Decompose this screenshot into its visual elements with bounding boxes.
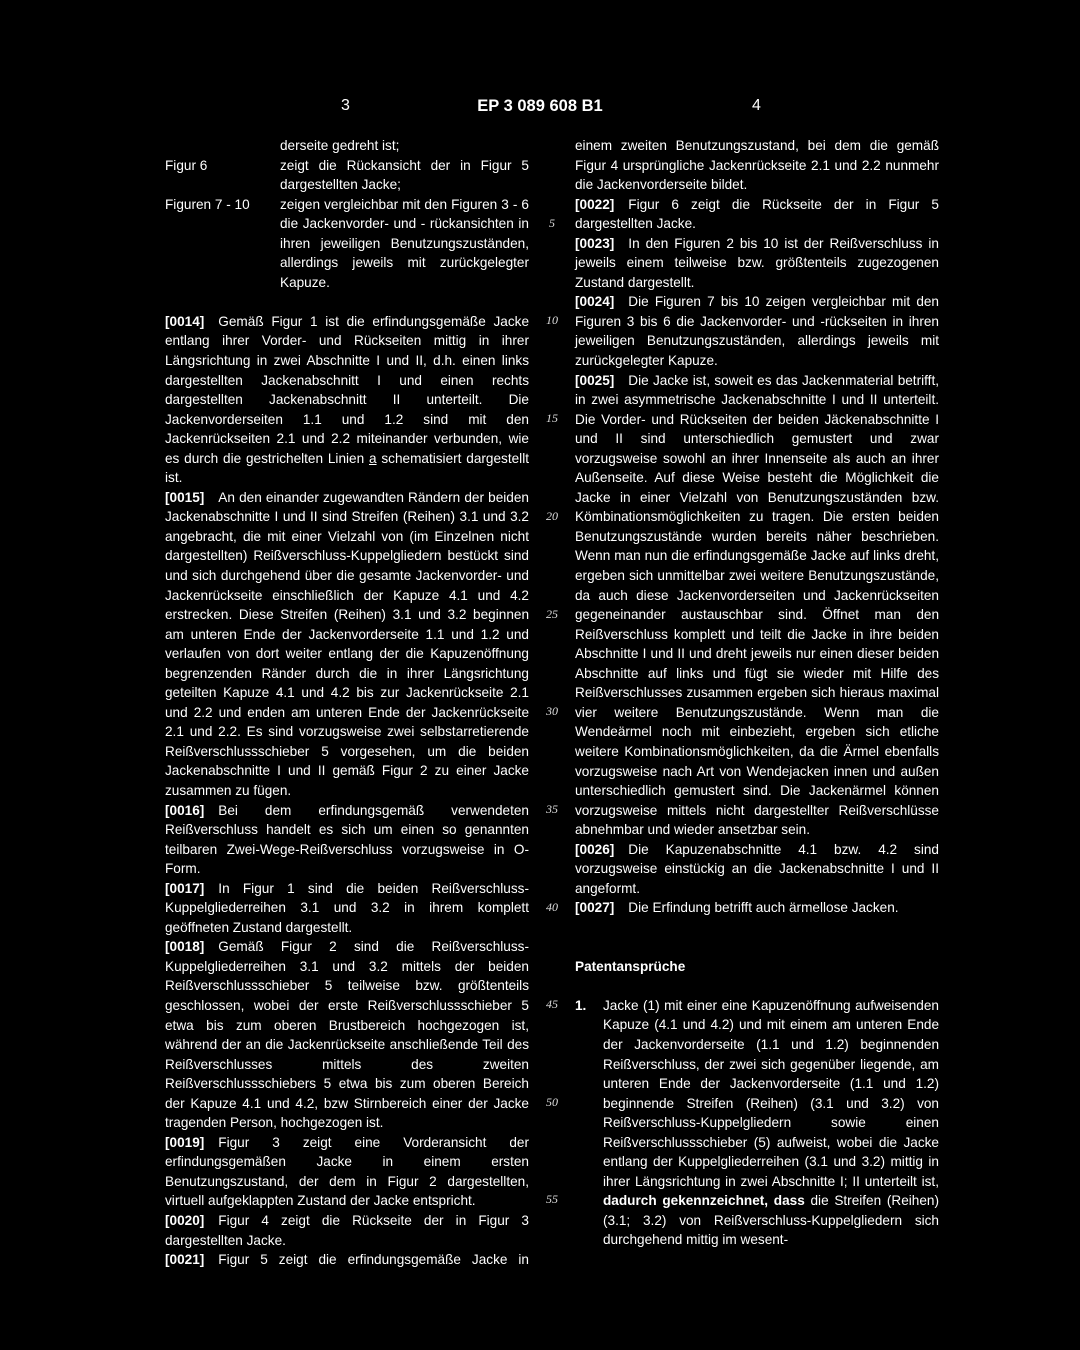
figure-list-item: Figur 6 zeigt die Rückansicht der in Fig… <box>165 156 529 195</box>
paragraph-0015: [0015]An den einander zugewandten Ränder… <box>165 488 529 801</box>
reference-a: a <box>369 451 377 466</box>
document-number: EP 3 089 608 B1 <box>0 96 1080 116</box>
line-number: 20 <box>540 509 564 524</box>
paragraph-0020: [0020]Figur 4 zeigt die Rückseite der in… <box>165 1211 529 1250</box>
figure-description: zeigt die Rückansicht der in Figur 5 dar… <box>280 156 529 195</box>
paragraph-number: [0018] <box>165 939 204 954</box>
paragraph-number: [0022] <box>575 197 614 212</box>
paragraph-0023: [0023]In den Figuren 2 bis 10 ist der Re… <box>575 234 939 293</box>
claim-text-part: Jacke (1) mit einer eine Kapuzenöffnung … <box>603 998 939 1189</box>
paragraph-text: In Figur 1 sind die beiden Reißverschlus… <box>165 881 529 935</box>
paragraph-text: Figur 5 zeigt die erfindungsgemäße Jacke… <box>218 1252 529 1267</box>
paragraph-number: [0016] <box>165 803 204 818</box>
paragraph-0025: [0025]Die Jacke ist, soweit es das Jacke… <box>575 371 939 840</box>
figure-description: zeigen vergleichbar mit den Figuren 3 - … <box>280 195 529 293</box>
figure-label: Figuren 7 - 10 <box>165 195 280 293</box>
left-column: derseite gedreht ist; Figur 6 zeigt die … <box>165 136 529 1270</box>
paragraph-0021: [0021]Figur 5 zeigt die erfindungsgemäße… <box>165 1250 529 1270</box>
line-number: 50 <box>540 1095 564 1110</box>
line-number: 30 <box>540 704 564 719</box>
paragraph-number: [0017] <box>165 881 204 896</box>
paragraph-text: Figur 3 zeigt eine Vorderansicht der erf… <box>165 1135 529 1209</box>
line-number: 55 <box>540 1192 564 1207</box>
figure-list-item: Figuren 7 - 10 zeigen vergleichbar mit d… <box>165 195 529 293</box>
claims-heading: Patentansprüche <box>575 957 939 977</box>
paragraph-0018: [0018]Gemäß Figur 2 sind die Reißverschl… <box>165 937 529 1132</box>
line-number: 45 <box>540 997 564 1012</box>
paragraph-text: In den Figuren 2 bis 10 ist der Reißvers… <box>575 236 939 290</box>
paragraph-text: Die Figuren 7 bis 10 zeigen vergleichbar… <box>575 294 939 368</box>
paragraph-text: Die Erfindung betrifft auch ärmellose Ja… <box>628 900 898 915</box>
right-column: einem zweiten Benutzungszustand, bei dem… <box>575 136 939 1250</box>
paragraph-continuation: einem zweiten Benutzungszustand, bei dem… <box>575 136 939 195</box>
paragraph-number: [0023] <box>575 236 614 251</box>
paragraph-0026: [0026]Die Kapuzenabschnitte 4.1 bzw. 4.2… <box>575 840 939 899</box>
paragraph-text: Die Kapuzenabschnitte 4.1 bzw. 4.2 sind … <box>575 842 939 896</box>
claim-characterizing-phrase: dadurch gekennzeichnet, dass <box>603 1193 805 1208</box>
figure-list-item: derseite gedreht ist; <box>165 136 529 156</box>
paragraph-number: [0021] <box>165 1252 204 1267</box>
paragraph-0024: [0024]Die Figuren 7 bis 10 zeigen vergle… <box>575 292 939 370</box>
line-number: 15 <box>540 411 564 426</box>
paragraph-number: [0024] <box>575 294 614 309</box>
claim-number: 1. <box>575 996 603 1250</box>
paragraph-0019: [0019]Figur 3 zeigt eine Vorderansicht d… <box>165 1133 529 1211</box>
paragraph-0017: [0017]In Figur 1 sind die beiden Reißver… <box>165 879 529 938</box>
claim-text: Jacke (1) mit einer eine Kapuzenöffnung … <box>603 996 939 1250</box>
paragraph-text: An den einander zugewandten Rändern der … <box>165 490 529 798</box>
claim-1: 1. Jacke (1) mit einer eine Kapuzenöffnu… <box>575 996 939 1250</box>
paragraph-0022: [0022]Figur 6 zeigt die Rückseite der in… <box>575 195 939 234</box>
line-number: 35 <box>540 802 564 817</box>
page-number-right: 4 <box>752 96 761 116</box>
paragraph-text: Figur 6 zeigt die Rückseite der in Figur… <box>575 197 939 232</box>
line-number: 5 <box>540 216 564 231</box>
paragraph-number: [0020] <box>165 1213 204 1228</box>
paragraph-number: [0026] <box>575 842 614 857</box>
paragraph-0027: [0027]Die Erfindung betrifft auch ärmell… <box>575 898 939 918</box>
figure-label: Figur 6 <box>165 156 280 195</box>
paragraph-text: Gemäß Figur 1 ist die erfindungsgemäße J… <box>165 314 529 466</box>
line-number: 10 <box>540 313 564 328</box>
line-number: 25 <box>540 607 564 622</box>
line-number: 40 <box>540 900 564 915</box>
paragraph-number: [0019] <box>165 1135 204 1150</box>
figure-label <box>165 136 280 156</box>
paragraph-number: [0014] <box>165 314 204 329</box>
paragraph-number: [0025] <box>575 373 614 388</box>
paragraph-0016: [0016]Bei dem erfindungsgemäß verwendete… <box>165 801 529 879</box>
paragraph-text: Bei dem erfindungsgemäß verwendeten Reiß… <box>165 803 529 877</box>
paragraph-0014: [0014]Gemäß Figur 1 ist die erfindungsge… <box>165 312 529 488</box>
paragraph-text: Die Jacke ist, soweit es das Jackenmater… <box>575 373 939 838</box>
paragraph-number: [0015] <box>165 490 204 505</box>
paragraph-text: Figur 4 zeigt die Rückseite der in Figur… <box>165 1213 529 1248</box>
figure-description: derseite gedreht ist; <box>280 136 529 156</box>
paragraph-text: Gemäß Figur 2 sind die Reißverschluss-Ku… <box>165 939 529 1130</box>
paragraph-number: [0027] <box>575 900 614 915</box>
